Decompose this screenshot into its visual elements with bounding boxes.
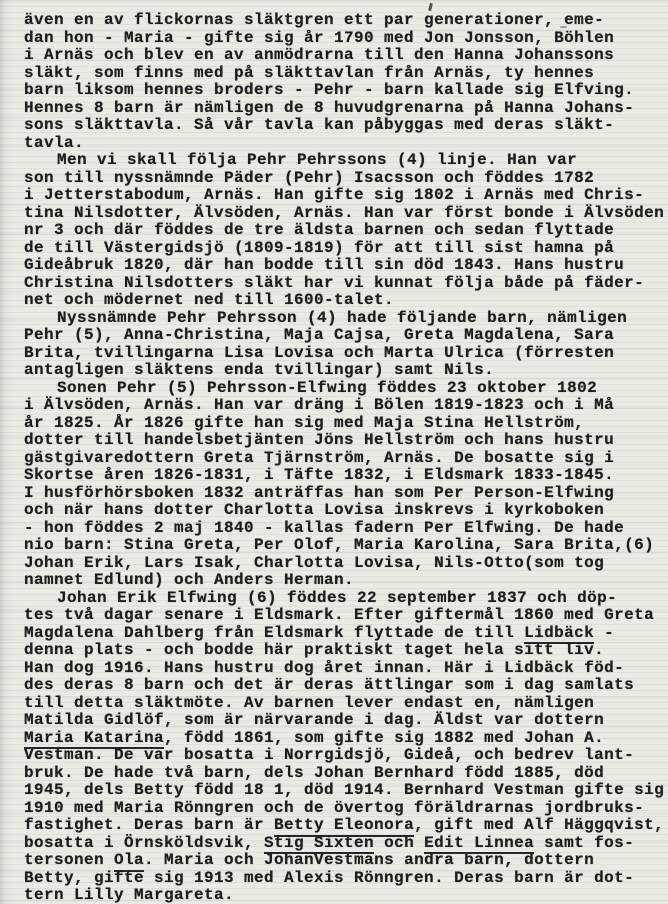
text-line: son till nyssnämnde Päder (Pehr) Isacsso… <box>24 170 666 188</box>
text-line: till detta släktmöte. Av barnen lever en… <box>24 695 666 713</box>
text-line: även en av flickornas släktgren ett par … <box>24 12 666 30</box>
paragraph: även en av flickornas släktgren ett par … <box>24 12 666 152</box>
text-line: bruk. De hade två barn, dels Johan Bernh… <box>24 765 666 783</box>
text-line: 1945, dels Betty född 18 1, död 1914. Be… <box>24 782 666 800</box>
text-line: dotter till handelsbetjänten Jöns Hellst… <box>24 432 666 450</box>
text-line: 1910 med Maria Rönngren och de övertog f… <box>24 800 666 818</box>
text-line: i Älvsöden, Arnäs. Han var dräng i Bölen… <box>24 397 666 415</box>
text-line: antagligen släktens enda tvillingar) sam… <box>24 362 666 380</box>
text-line: tern Lilly Margareta. <box>24 887 666 904</box>
text-line: tersonen Ola. Maria och JohanVestmans an… <box>24 852 666 870</box>
text-line: I husförhörsboken 1832 anträffas han som… <box>24 485 666 503</box>
text-line: Han dog 1916. Hans hustru dog året innan… <box>24 660 666 678</box>
text-line: tavla. <box>24 135 666 153</box>
paragraph: Nyssnämnde Pehr Pehrsson (4) hade följan… <box>24 310 666 380</box>
paragraph: Sonen Pehr (5) Pehrsson-Elfwing föddes 2… <box>24 380 666 590</box>
text-line: i Arnäs och blev en av anmödrarna till d… <box>24 47 666 65</box>
text-line: tes två dagar senare i Eldsmark. Efter g… <box>24 607 666 625</box>
text-line: dan hon - Maria - gifte sig år 1790 med … <box>24 30 666 48</box>
text-line: des deras 8 barn och det är deras ättlin… <box>24 677 666 695</box>
text-line: Vestman. De var bosatta i Norrgidsjö, Gi… <box>24 747 666 765</box>
text-line: år 1825. År 1826 gifte han sig med Maja … <box>24 415 666 433</box>
text-line: Maria Katarina, född 1861, som gifte sig… <box>24 730 666 748</box>
text-line: Christina Nilsdotters släkt har vi kunna… <box>24 275 666 293</box>
text-line: - hon föddes 2 maj 1840 - kallas fadern … <box>24 520 666 538</box>
text-line: nr 3 och där föddes de tre äldsta barnen… <box>24 222 666 240</box>
text-line: Brita, tvillingarna Lisa Lovisa och Mart… <box>24 345 666 363</box>
text-line: Nyssnämnde Pehr Pehrsson (4) hade följan… <box>24 310 666 328</box>
text-line: de till Västergidsjö (1809-1819) för att… <box>24 240 666 258</box>
paragraph: Men vi skall följa Pehr Pehrssons (4) li… <box>24 152 666 310</box>
text-line: Gideåbruk 1820, där han bodde till sin d… <box>24 257 666 275</box>
text-line: Johan Erik, Lars Isak, Charlotta Lovisa,… <box>24 555 666 573</box>
document-body: även en av flickornas släktgren ett par … <box>0 0 668 904</box>
text-line: Johan Erik Elfwing (6) föddes 22 septemb… <box>24 590 666 608</box>
text-line: tina Nilsdotter, Älvsöden, Arnäs. Han va… <box>24 205 666 223</box>
text-line: barn liksom hennes broders - Pehr - barn… <box>24 82 666 100</box>
text-line: denna plats - och bodde här praktiskt ta… <box>24 642 666 660</box>
paper-speck <box>560 26 567 28</box>
text-line: sons släkttavla. Så vår tavla kan påbygg… <box>24 117 666 135</box>
text-line: Skortse åren 1826-1831, i Täfte 1832, i … <box>24 467 666 485</box>
text-line: i Jetterstabodum, Arnäs. Han gifte sig 1… <box>24 187 666 205</box>
text-line: net och mödernet ned till 1600-talet. <box>24 292 666 310</box>
text-line: Sonen Pehr (5) Pehrsson-Elfwing föddes 2… <box>24 380 666 398</box>
text-line: Pehr (5), Anna-Christina, Maja Cajsa, Gr… <box>24 327 666 345</box>
text-line: Hennes 8 barn är nämligen de 8 huvudgren… <box>24 100 666 118</box>
text-line: nio barn: Stina Greta, Per Olof, Maria K… <box>24 537 666 555</box>
text-line: gästgivaredottern Greta Tjärnström, Arnä… <box>24 450 666 468</box>
text-line: namnet Edlund) och Anders Herman. <box>24 572 666 590</box>
text-line: bosatta i Örnsköldsvik, Stig Sixten och … <box>24 835 666 853</box>
text-line: släkt, som finns med på släkttavlan från… <box>24 65 666 83</box>
text-line: Betty, gifte sig 1913 med Alexis Rönngre… <box>24 870 666 888</box>
text-line: Magdalena Dahlberg från Eldsmark flyttad… <box>24 625 666 643</box>
text-line: fastighet. Deras barn är Betty Eleonora,… <box>24 817 666 835</box>
document-page: även en av flickornas släktgren ett par … <box>0 0 668 904</box>
text-line: Men vi skall följa Pehr Pehrssons (4) li… <box>24 152 666 170</box>
text-line: och när hans dotter Charlotta Lovisa ins… <box>24 502 666 520</box>
paragraph: Johan Erik Elfwing (6) föddes 22 septemb… <box>24 590 666 904</box>
text-line: Matilda Gidlöf, som är närvarande i dag.… <box>24 712 666 730</box>
